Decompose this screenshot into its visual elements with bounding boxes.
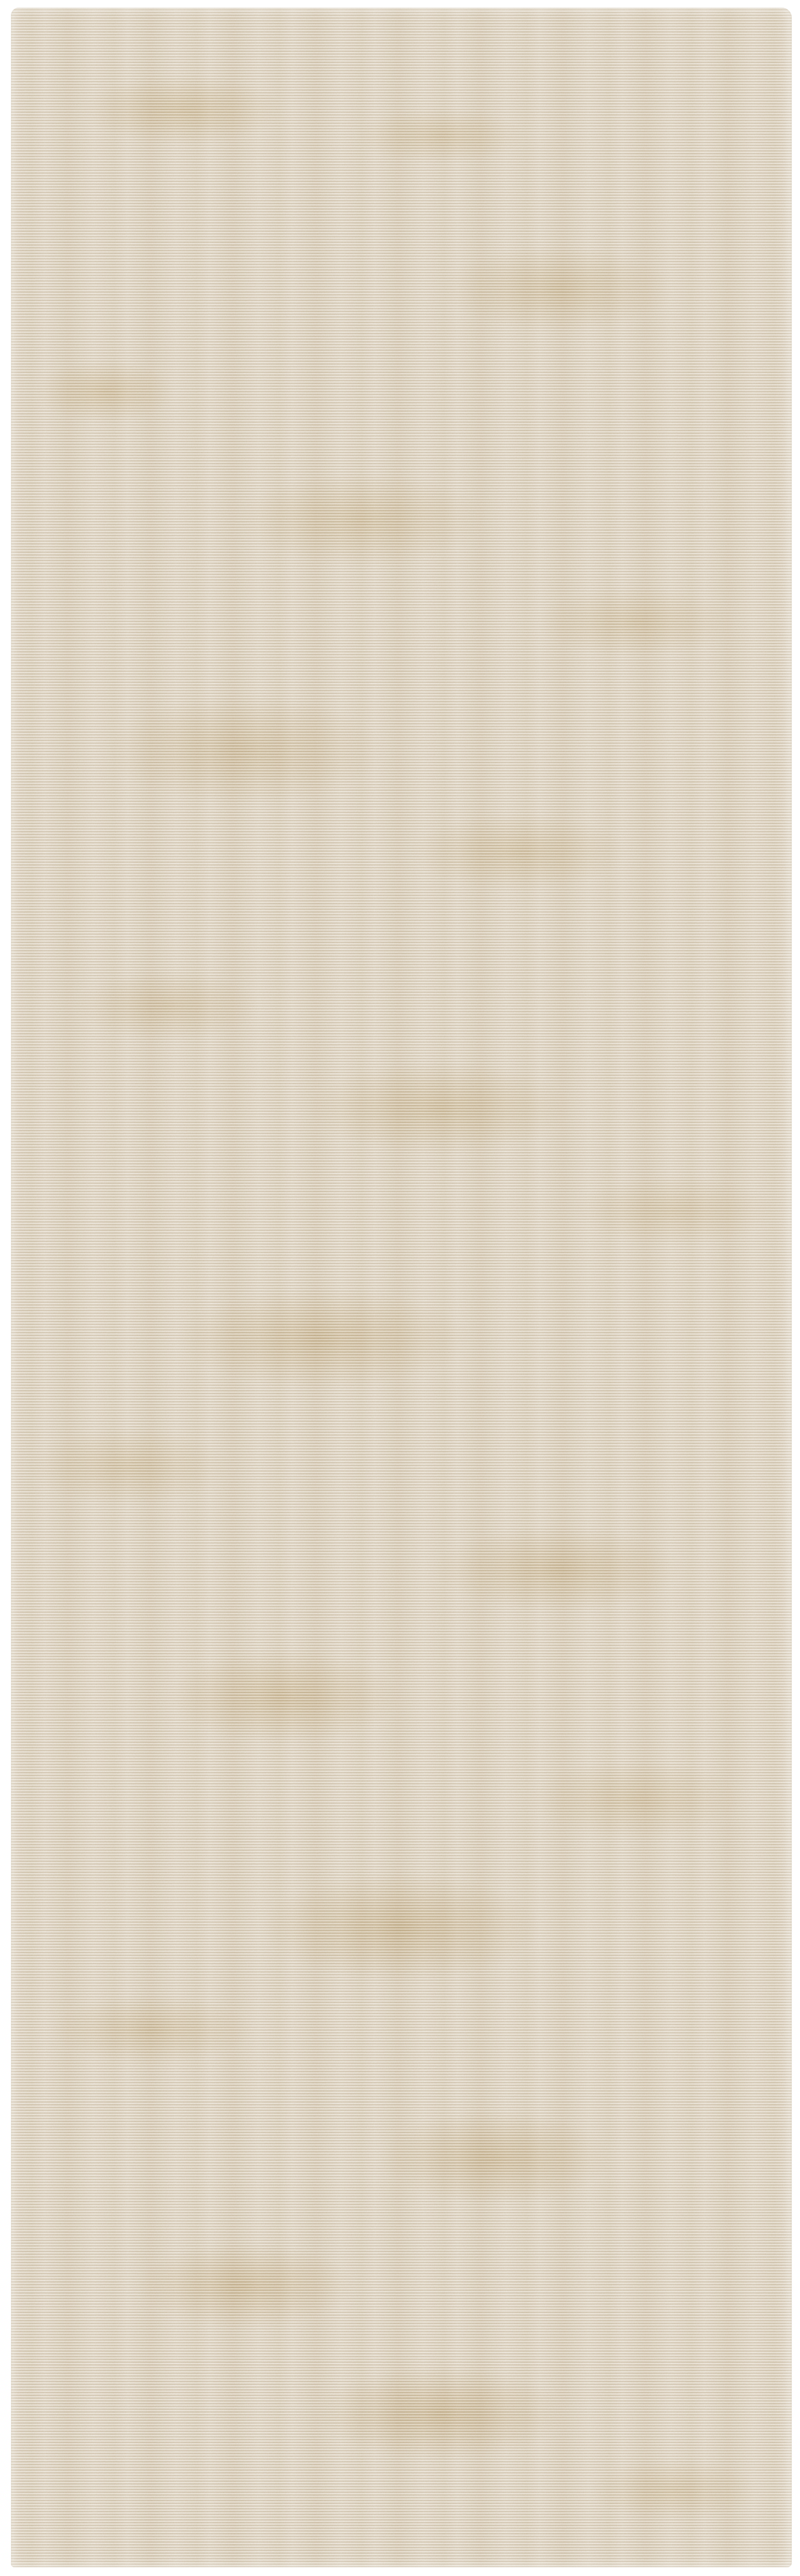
rug-edge-binding	[11, 8, 792, 2567]
product-photo	[0, 0, 800, 2576]
rug-runner	[11, 8, 792, 2567]
